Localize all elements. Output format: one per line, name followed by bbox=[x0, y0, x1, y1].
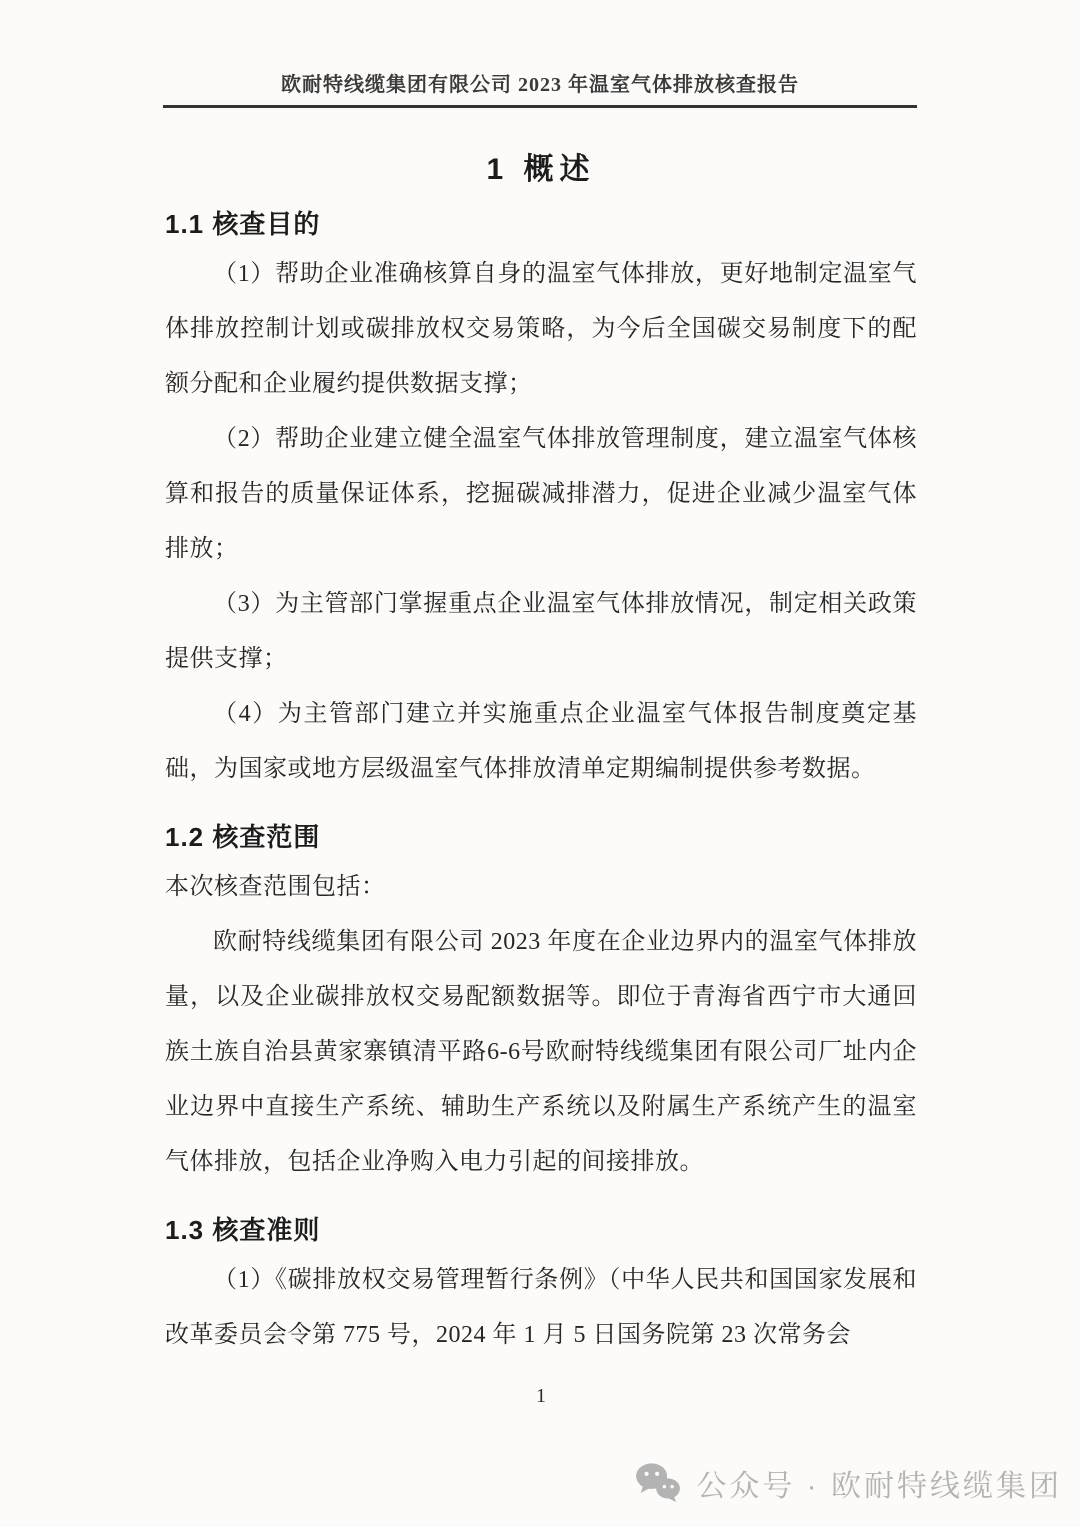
document-body: 1 概述 1.1 核查目的 （1）帮助企业准确核算自身的温室气体排放，更好地制定… bbox=[165, 144, 917, 1408]
section-intro: 本次核查范围包括： bbox=[165, 860, 917, 915]
running-header-title: 欧耐特线缆集团有限公司 2023 年温室气体排放核查报告 bbox=[0, 0, 1080, 97]
header-rule bbox=[163, 105, 917, 108]
chapter-title: 1 概述 bbox=[165, 144, 917, 188]
section-heading-1-3: 1.3 核查准则 bbox=[165, 1210, 917, 1247]
footer-watermark: 公众号 · 欧耐特线缆集团 bbox=[634, 1461, 1062, 1505]
footer-wechat-label: 公众号 · 欧耐特线缆集团 bbox=[696, 1461, 1062, 1505]
paragraph: 欧耐特线缆集团有限公司 2023 年度在企业边界内的温室气体排放量，以及企业碳排… bbox=[165, 915, 917, 1190]
paragraph: （1）帮助企业准确核算自身的温室气体排放，更好地制定温室气体排放控制计划或碳排放… bbox=[165, 247, 917, 412]
section-heading-1-2: 1.2 核查范围 bbox=[165, 817, 917, 854]
section-heading-1-1: 1.1 核查目的 bbox=[165, 204, 917, 241]
wechat-icon bbox=[634, 1462, 682, 1504]
document-page: 欧耐特线缆集团有限公司 2023 年温室气体排放核查报告 1 概述 1.1 核查… bbox=[0, 0, 1080, 1527]
paragraph: （2）帮助企业建立健全温室气体排放管理制度，建立温室气体核算和报告的质量保证体系… bbox=[165, 412, 917, 577]
page-number: 1 bbox=[165, 1385, 917, 1408]
paragraph: （3）为主管部门掌握重点企业温室气体排放情况，制定相关政策提供支撑； bbox=[165, 577, 917, 687]
paragraph: （4）为主管部门建立并实施重点企业温室气体报告制度奠定基础，为国家或地方层级温室… bbox=[165, 687, 917, 797]
paragraph: （1）《碳排放权交易管理暂行条例》（中华人民共和国国家发展和改革委员会令第 77… bbox=[165, 1253, 917, 1363]
